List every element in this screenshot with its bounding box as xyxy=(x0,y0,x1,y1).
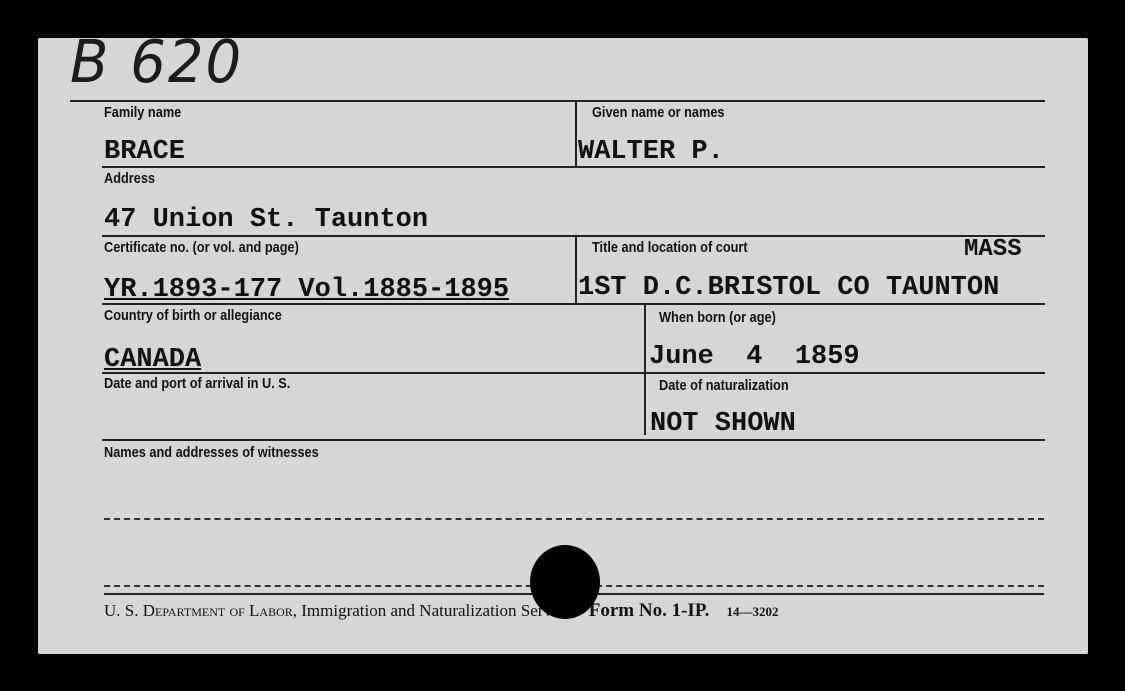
form-footer: U. S. Department of Labor, Immigration a… xyxy=(104,600,778,622)
divider xyxy=(102,303,1045,305)
divider xyxy=(644,305,646,435)
witnesses-label: Names and addresses of witnesses xyxy=(104,444,319,461)
form-number: Form No. 1-IP. xyxy=(589,600,710,621)
given-name-label: Given name or names xyxy=(592,104,725,121)
court-state: MASS xyxy=(964,236,1022,263)
address-value: 47 Union St. Taunton xyxy=(104,205,428,235)
address-label: Address xyxy=(104,170,155,187)
punch-hole xyxy=(530,545,600,619)
when-born-value: June 4 1859 xyxy=(649,342,860,372)
print-code: 14—3202 xyxy=(726,604,778,619)
arrival-label: Date and port of arrival in U. S. xyxy=(104,375,290,392)
divider xyxy=(70,100,1045,102)
naturalization-date-value: NOT SHOWN xyxy=(650,409,796,439)
naturalization-index-card: B 620 Family name BRACE Given name or na… xyxy=(38,38,1088,654)
divider xyxy=(102,372,1045,374)
agency-department: Department of Labor xyxy=(143,601,293,620)
agency-service: , Immigration and Naturalization Service… xyxy=(293,601,576,620)
given-name-value: WALTER P. xyxy=(578,137,724,167)
witness-line-1 xyxy=(104,518,1044,520)
country-label: Country of birth or allegiance xyxy=(104,307,282,324)
country-value: CANADA xyxy=(104,345,201,375)
family-name-label: Family name xyxy=(104,104,181,121)
divider xyxy=(102,439,1045,441)
certificate-value: YR.1893-177 Vol.1885-1895 xyxy=(104,275,509,305)
file-number: B 620 xyxy=(70,28,243,96)
divider xyxy=(575,102,577,168)
certificate-label: Certificate no. (or vol. and page) xyxy=(104,239,299,256)
family-name-value: BRACE xyxy=(104,137,185,167)
when-born-label: When born (or age) xyxy=(659,309,776,326)
divider xyxy=(102,166,1045,168)
agency-prefix: U. S. xyxy=(104,601,143,620)
court-value: 1ST D.C.BRISTOL CO TAUNTON xyxy=(578,273,999,303)
divider xyxy=(575,237,577,303)
court-label: Title and location of court xyxy=(592,239,748,256)
divider xyxy=(102,235,1045,237)
naturalization-date-label: Date of naturalization xyxy=(659,377,789,394)
